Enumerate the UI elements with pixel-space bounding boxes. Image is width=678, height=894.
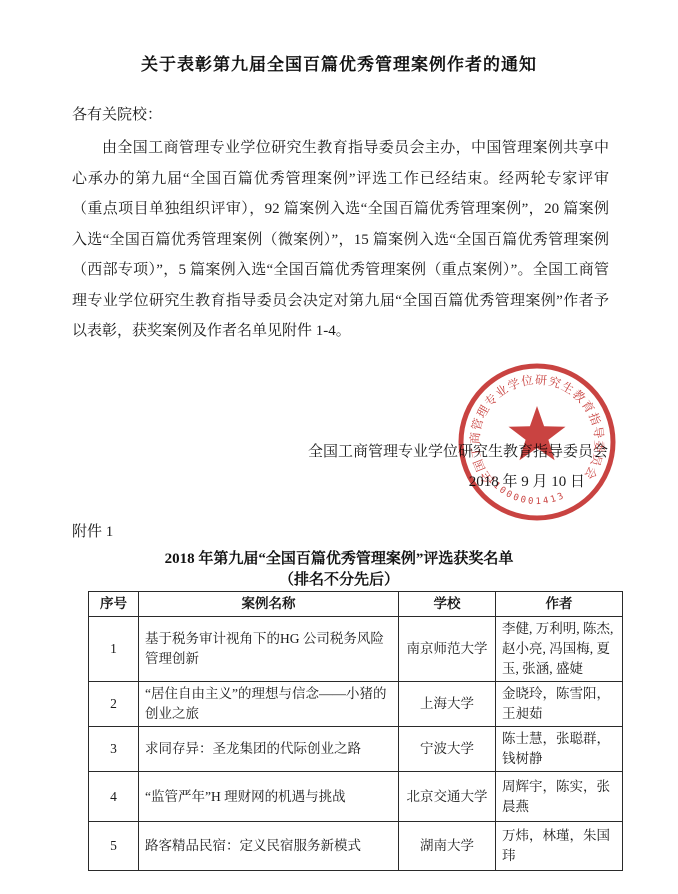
school: 宁波大学 (399, 727, 496, 772)
school: 南京师范大学 (399, 617, 496, 682)
attachment-label: 附件 1 (72, 520, 113, 541)
authors: 金晓玲，陈雪阳，王昶茹 (496, 682, 623, 727)
header-index: 序号 (89, 592, 139, 617)
case-name: 求同存异：圣龙集团的代际创业之路 (139, 727, 399, 772)
table-row: 4 “监管严年”H 理财网的机遇与挑战 北京交通大学 周辉宇，陈实，张晨燕 (89, 772, 623, 822)
award-table: 序号 案例名称 学校 作者 1 基于税务审计视角下的HG 公司税务风险管理创新 … (88, 591, 623, 871)
table-row: 2 “居住自由主义”的理想与信念——小猪的创业之旅 上海大学 金晓玲，陈雪阳，王… (89, 682, 623, 727)
header-case-name: 案例名称 (139, 592, 399, 617)
award-list-title: 2018 年第九届“全国百篇优秀管理案例”评选获奖名单 (0, 547, 678, 568)
table-row: 5 路客精品民宿：定义民宿服务新模式 湖南大学 万炜，林瑾，朱国玮 (89, 822, 623, 871)
case-name: 路客精品民宿：定义民宿服务新模式 (139, 822, 399, 871)
school: 上海大学 (399, 682, 496, 727)
authors: 陈士慧，张聪群，钱树静 (496, 727, 623, 772)
official-seal-stamp: 全国工商管理专业学位研究生教育指导委员会 11000001413 (455, 360, 619, 524)
case-name: 基于税务审计视角下的HG 公司税务风险管理创新 (139, 617, 399, 682)
school: 北京交通大学 (399, 772, 496, 822)
notice-body-paragraph: 由全国工商管理专业学位研究生教育指导委员会主办，中国管理案例共享中心承办的第九届… (72, 133, 609, 347)
row-index: 2 (89, 682, 139, 727)
page-title: 关于表彰第九届全国百篇优秀管理案例作者的通知 (0, 50, 678, 75)
row-index: 4 (89, 772, 139, 822)
award-list-subtitle: （排名不分先后） (0, 568, 678, 589)
document-page: 关于表彰第九届全国百篇优秀管理案例作者的通知 各有关院校： 由全国工商管理专业学… (0, 0, 678, 894)
seal-star-icon (509, 406, 566, 460)
header-authors: 作者 (496, 592, 623, 617)
case-name: “居住自由主义”的理想与信念——小猪的创业之旅 (139, 682, 399, 727)
authors: 周辉宇，陈实，张晨燕 (496, 772, 623, 822)
table-row: 3 求同存异：圣龙集团的代际创业之路 宁波大学 陈士慧，张聪群，钱树静 (89, 727, 623, 772)
row-index: 1 (89, 617, 139, 682)
school: 湖南大学 (399, 822, 496, 871)
row-index: 5 (89, 822, 139, 871)
authors: 李健, 万利明, 陈杰, 赵小亮, 冯国梅, 夏玉, 张涵, 盛婕 (496, 617, 623, 682)
table-header-row: 序号 案例名称 学校 作者 (89, 592, 623, 617)
authors: 万炜，林瑾，朱国玮 (496, 822, 623, 871)
case-name: “监管严年”H 理财网的机遇与挑战 (139, 772, 399, 822)
salutation-line: 各有关院校： (72, 103, 612, 124)
row-index: 3 (89, 727, 139, 772)
header-school: 学校 (399, 592, 496, 617)
table-row: 1 基于税务审计视角下的HG 公司税务风险管理创新 南京师范大学 李健, 万利明… (89, 617, 623, 682)
seal-serial-number: 11000001413 (485, 475, 567, 507)
